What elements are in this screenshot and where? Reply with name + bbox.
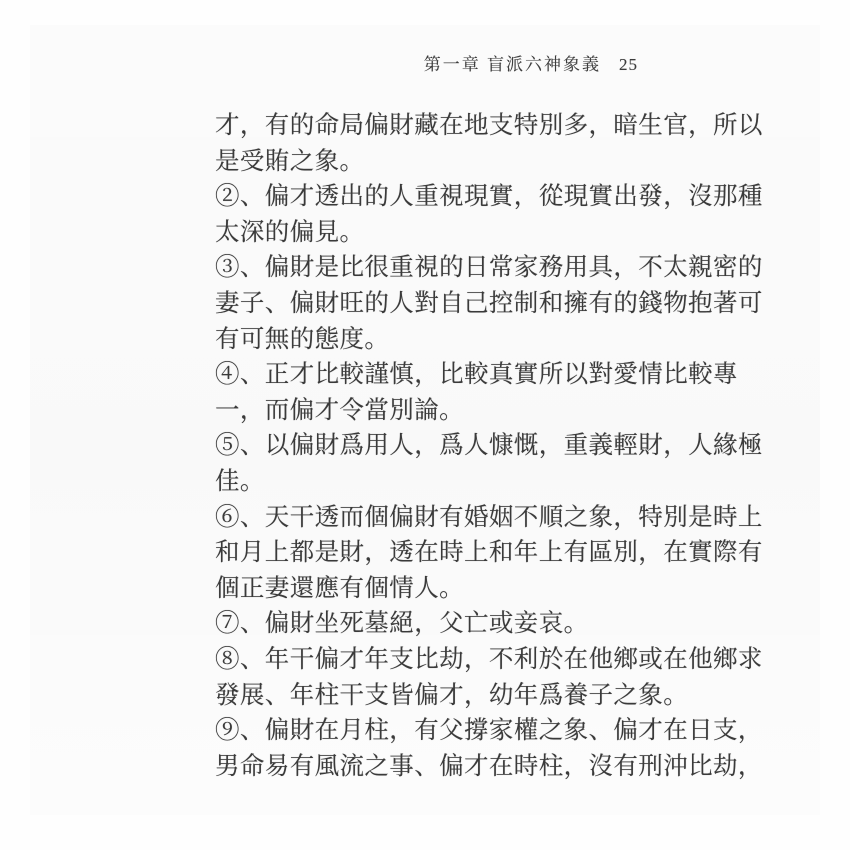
text-line: 一，而偏才令當別論。 (215, 393, 665, 429)
text-line: ⑨、偏財在月柱，有父撐家權之象、偏才在日支， (215, 713, 665, 749)
text-line: ⑤、以偏財爲用人，爲人慷慨，重義輕財，人緣極 (215, 428, 665, 464)
text-line: 妻子、偏財旺的人對自己控制和擁有的錢物抱著可 (215, 286, 665, 322)
text-line: 男命易有風流之事、偏才在時柱，沒有刑沖比劫， (215, 749, 665, 785)
text-line: 有可無的態度。 (215, 322, 665, 358)
text-line: ③、偏財是比很重視的日常家務用具，不太親密的 (215, 250, 665, 286)
text-line: 發展、年柱干支皆偏才，幼年爲養子之象。 (215, 678, 665, 714)
running-head: 第一章 盲派六神象義25 (424, 50, 638, 75)
body-text: 才，有的命局偏財藏在地支特別多，暗生官，所以 是受賄之象。 ②、偏才透出的人重視… (215, 108, 665, 784)
text-line: ⑦、偏財坐死墓絕，父亡或妾哀。 (215, 606, 665, 642)
book-page: 第一章 盲派六神象義25 才，有的命局偏財藏在地支特別多，暗生官，所以 是受賄之… (0, 0, 850, 850)
text-line: 佳。 (215, 464, 665, 500)
text-line: ⑥、天干透而個偏財有婚姻不順之象，特別是時上 (215, 500, 665, 536)
text-line: 是受賄之象。 (215, 144, 665, 180)
text-line: 才，有的命局偏財藏在地支特別多，暗生官，所以 (215, 108, 665, 144)
text-line: 個正妻還應有個情人。 (215, 571, 665, 607)
text-line: ②、偏才透出的人重視現實，從現實出發，沒那種 (215, 179, 665, 215)
text-line: ④、正才比較謹慎，比較真實所以對愛情比較專 (215, 357, 665, 393)
text-line: ⑧、年干偏才年支比劫，不利於在他鄉或在他鄉求 (215, 642, 665, 678)
text-line: 太深的偏見。 (215, 215, 665, 251)
page-number: 25 (619, 55, 638, 74)
text-line: 和月上都是財，透在時上和年上有區別，在實際有 (215, 535, 665, 571)
chapter-title: 第一章 盲派六神象義 (424, 55, 601, 74)
